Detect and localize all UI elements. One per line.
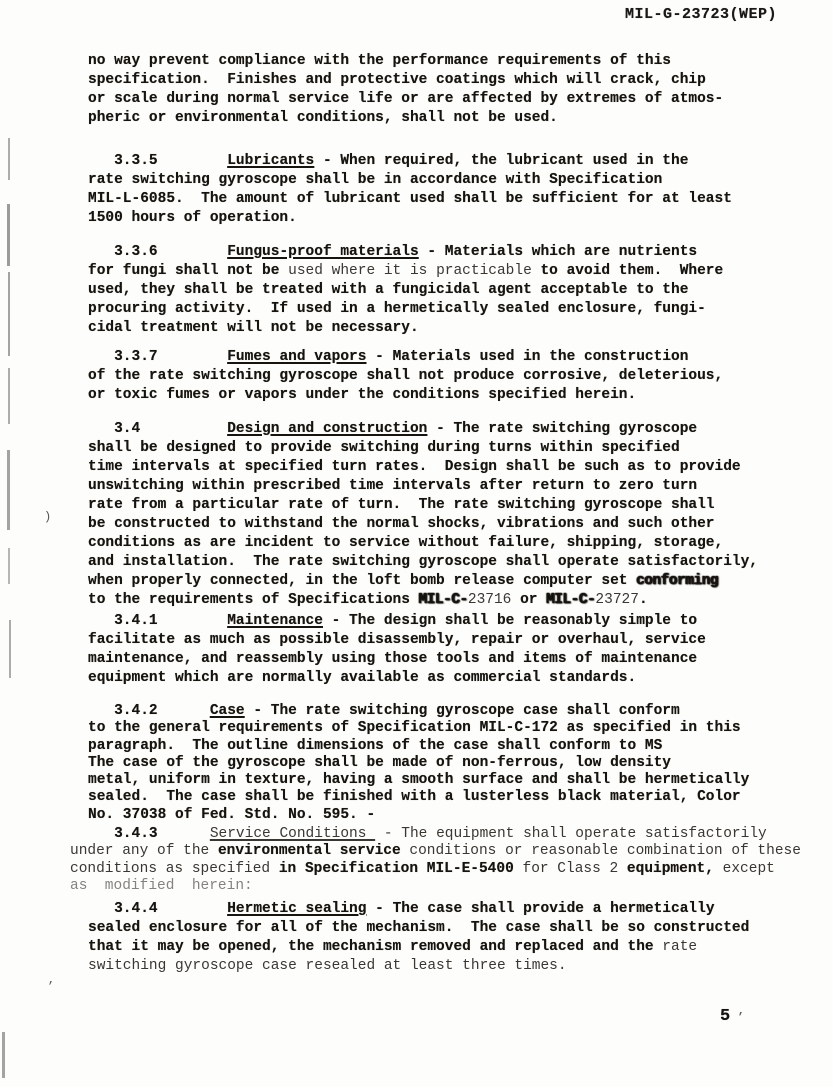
text-run: - When required, the lubricant used in t… — [314, 153, 688, 169]
text-run: used, they shall be treated with a fungi… — [88, 282, 688, 298]
text-run: No. 37038 of Fed. Std. No. 595. - — [88, 807, 375, 823]
text-run: MIL-C- — [546, 592, 595, 608]
text-run: for fungi shall not be — [88, 263, 288, 279]
text-line: or scale during normal service life or a… — [88, 90, 818, 109]
text-line: 3.3.6 Fungus-proof materials - Materials… — [88, 243, 818, 262]
text-run: Fumes and vapors — [227, 349, 366, 365]
text-line: for fungi shall not be used where it is … — [88, 262, 818, 281]
text-run: - The rate switching gyroscope — [427, 421, 697, 437]
text-run: Hermetic sealing — [227, 901, 366, 917]
text-run: equipment, — [627, 861, 714, 877]
text-run: - The equipment shall operate satisfacto… — [375, 826, 767, 842]
text-run: switching gyroscope case resealed at lea… — [88, 958, 567, 974]
text-run: conditions as are incident to service wi… — [88, 535, 723, 551]
text-run: conditions as specified — [70, 861, 279, 877]
text-line: sealed. The case shall be finished with … — [88, 789, 818, 806]
text-run: Service Conditions — [210, 826, 375, 842]
text-line: 3.4.3 Service Conditions - The equipment… — [88, 826, 818, 843]
section-3-4: 3.4 Design and construction - The rate s… — [88, 420, 818, 610]
text-run: as modified herein: — [70, 878, 253, 894]
text-line: no way prevent compliance with the perfo… — [88, 52, 818, 71]
text-line: 3.4.1 Maintenance - The design shall be … — [88, 612, 818, 631]
text-run: Maintenance — [227, 613, 323, 629]
text-run: 3.4.4 — [88, 901, 227, 917]
text-line: of the rate switching gyroscope shall no… — [88, 367, 818, 386]
text-line: 3.4 Design and construction - The rate s… — [88, 420, 818, 439]
text-run: - Materials used in the construction — [366, 349, 688, 365]
text-line: as modified herein: — [70, 878, 818, 895]
text-line: be constructed to withstand the normal s… — [88, 515, 818, 534]
text-run: shall be designed to provide switching d… — [88, 440, 680, 456]
text-line: conditions as are incident to service wi… — [88, 534, 818, 553]
scan-artifact — [8, 368, 10, 424]
page-number-value: 5 — [720, 1007, 730, 1026]
text-run: no way prevent compliance with the perfo… — [88, 53, 671, 69]
text-run: - The design shall be reasonably simple … — [323, 613, 697, 629]
text-run: in Specification MIL-E-5400 — [279, 861, 514, 877]
text-run: Design and construction — [227, 421, 427, 437]
text-run: - Materials which are nutrients — [419, 244, 697, 260]
text-run: MIL-L-6085. The amount of lubricant used… — [88, 191, 732, 207]
text-run: Lubricants — [227, 153, 314, 169]
text-run: except — [714, 861, 775, 877]
text-line: The case of the gyroscope shall be made … — [88, 755, 818, 772]
section-3-4-1: 3.4.1 Maintenance - The design shall be … — [88, 612, 818, 688]
page-number-tick: ’ — [730, 1012, 744, 1024]
scan-artifact — [2, 1032, 5, 1078]
text-run: 23716 — [468, 592, 512, 608]
text-line: sealed enclosure for all of the mechanis… — [88, 919, 818, 938]
text-line: when properly connected, in the loft bom… — [88, 572, 818, 591]
text-line: shall be designed to provide switching d… — [88, 439, 818, 458]
text-line: facilitate as much as possible disassemb… — [88, 631, 818, 650]
text-run: 3.4.1 — [88, 613, 227, 629]
text-line: specification. Finishes and protective c… — [88, 71, 818, 90]
scan-artifact — [8, 272, 10, 356]
text-run: specification. Finishes and protective c… — [88, 72, 706, 88]
text-line: MIL-L-6085. The amount of lubricant used… — [88, 190, 818, 209]
section-3-4-2: 3.4.2 Case - The rate switching gyroscop… — [88, 703, 818, 824]
document-page: MIL-G-23723(WEP) no way prevent complian… — [0, 0, 833, 1087]
text-line: conditions as specified in Specification… — [70, 861, 818, 878]
text-line: maintenance, and reassembly using those … — [88, 650, 818, 669]
scan-mark: ) — [44, 510, 51, 524]
paragraph-continued: no way prevent compliance with the perfo… — [88, 52, 818, 128]
text-run: 3.3.7 — [88, 349, 227, 365]
text-line: procuring activity. If used in a hermeti… — [88, 300, 818, 319]
text-run: 3.4.2 — [88, 703, 210, 719]
text-run: pheric or environmental conditions, shal… — [88, 110, 558, 126]
text-run: sealed. The case shall be finished with … — [88, 789, 741, 805]
document-id-header: MIL-G-23723(WEP) — [625, 6, 777, 23]
text-run: rate switching gyroscope shall be in acc… — [88, 172, 662, 188]
text-run: of the rate switching gyroscope shall no… — [88, 368, 723, 384]
section-3-3-6: 3.3.6 Fungus-proof materials - Materials… — [88, 243, 818, 338]
text-run: - The case shall provide a hermetically — [366, 901, 714, 917]
text-run: and installation. The rate switching gyr… — [88, 554, 758, 570]
text-run: equipment which are normally available a… — [88, 670, 636, 686]
text-run: that it may be opened, the mechanism rem… — [88, 939, 662, 955]
text-line: to the requirements of Specifications MI… — [88, 591, 818, 610]
scan-artifact — [7, 204, 10, 266]
text-line: 3.3.5 Lubricants - When required, the lu… — [88, 152, 818, 171]
text-run: MIL-C- — [419, 592, 468, 608]
text-run: or toxic fumes or vapors under the condi… — [88, 387, 636, 403]
section-3-3-7: 3.3.7 Fumes and vapors - Materials used … — [88, 348, 818, 405]
text-run: environmental service — [218, 843, 401, 859]
text-line: pheric or environmental conditions, shal… — [88, 109, 818, 128]
text-run: Case — [210, 703, 245, 719]
text-line: time intervals at specified turn rates. … — [88, 458, 818, 477]
text-run: conditions or reasonable combination of … — [401, 843, 801, 859]
text-line: or toxic fumes or vapors under the condi… — [88, 386, 818, 405]
document-body: no way prevent compliance with the perfo… — [88, 50, 818, 976]
text-run: for Class 2 — [514, 861, 627, 877]
text-line: metal, uniform in texture, having a smoo… — [88, 772, 818, 789]
text-run: time intervals at specified turn rates. … — [88, 459, 741, 475]
text-run: or scale during normal service life or a… — [88, 91, 723, 107]
text-line: switching gyroscope case resealed at lea… — [88, 957, 818, 976]
text-run: to avoid them. Where — [532, 263, 723, 279]
text-run: Fungus-proof materials — [227, 244, 418, 260]
text-run: The case of the gyroscope shall be made … — [88, 755, 671, 771]
text-run: conforming — [636, 573, 718, 589]
text-run: 3.4 — [88, 421, 227, 437]
text-run: be constructed to withstand the normal s… — [88, 516, 715, 532]
text-line: rate from a particular rate of turn. The… — [88, 496, 818, 515]
text-line: 3.3.7 Fumes and vapors - Materials used … — [88, 348, 818, 367]
text-run: under any of the — [70, 843, 218, 859]
text-run: cidal treatment will not be necessary. — [88, 320, 419, 336]
page-number: 5’ — [720, 1007, 744, 1026]
text-line: used, they shall be treated with a fungi… — [88, 281, 818, 300]
text-run: sealed enclosure for all of the mechanis… — [88, 920, 749, 936]
text-run: paragraph. The outline dimensions of the… — [88, 738, 662, 754]
text-line: and installation. The rate switching gyr… — [88, 553, 818, 572]
text-run: when properly connected, in the loft bom… — [88, 573, 636, 589]
text-line: No. 37038 of Fed. Std. No. 595. - — [88, 807, 818, 824]
text-run: rate — [662, 939, 697, 955]
text-run: or — [511, 592, 546, 608]
scan-artifact — [8, 138, 10, 180]
text-line: cidal treatment will not be necessary. — [88, 319, 818, 338]
text-line: to the general requirements of Specifica… — [88, 720, 818, 737]
text-run: rate from a particular rate of turn. The… — [88, 497, 715, 513]
text-line: rate switching gyroscope shall be in acc… — [88, 171, 818, 190]
scan-artifact — [9, 620, 11, 678]
text-run: - The rate switching gyroscope case shal… — [245, 703, 680, 719]
text-run: procuring activity. If used in a hermeti… — [88, 301, 706, 317]
text-line: under any of the environmental service c… — [70, 843, 818, 860]
text-line: 1500 hours of operation. — [88, 209, 818, 228]
text-run: to the requirements of Specifications — [88, 592, 419, 608]
scan-mark: ’ — [47, 980, 54, 994]
section-3-4-4: 3.4.4 Hermetic sealing - The case shall … — [88, 900, 818, 976]
text-run: 1500 hours of operation. — [88, 210, 297, 226]
text-line: 3.4.4 Hermetic sealing - The case shall … — [88, 900, 818, 919]
scan-artifact — [7, 450, 10, 530]
scan-artifact — [8, 548, 10, 584]
text-run: 3.3.5 — [88, 153, 227, 169]
section-3-4-3: 3.4.3 Service Conditions - The equipment… — [88, 826, 818, 895]
text-run: facilitate as much as possible disassemb… — [88, 632, 706, 648]
text-run: 3.4.3 — [88, 826, 210, 842]
text-run: used where it is practicable — [288, 263, 532, 279]
text-run: to the general requirements of Specifica… — [88, 720, 741, 736]
text-run: maintenance, and reassembly using those … — [88, 651, 697, 667]
text-line: paragraph. The outline dimensions of the… — [88, 738, 818, 755]
text-line: 3.4.2 Case - The rate switching gyroscop… — [88, 703, 818, 720]
text-run: 3.3.6 — [88, 244, 227, 260]
text-run: 23727 — [595, 592, 639, 608]
text-run: unswitching within prescribed time inter… — [88, 478, 697, 494]
section-3-3-5: 3.3.5 Lubricants - When required, the lu… — [88, 152, 818, 228]
text-line: that it may be opened, the mechanism rem… — [88, 938, 818, 957]
text-line: unswitching within prescribed time inter… — [88, 477, 818, 496]
text-run: metal, uniform in texture, having a smoo… — [88, 772, 749, 788]
text-line: equipment which are normally available a… — [88, 669, 818, 688]
text-run: . — [639, 592, 648, 608]
